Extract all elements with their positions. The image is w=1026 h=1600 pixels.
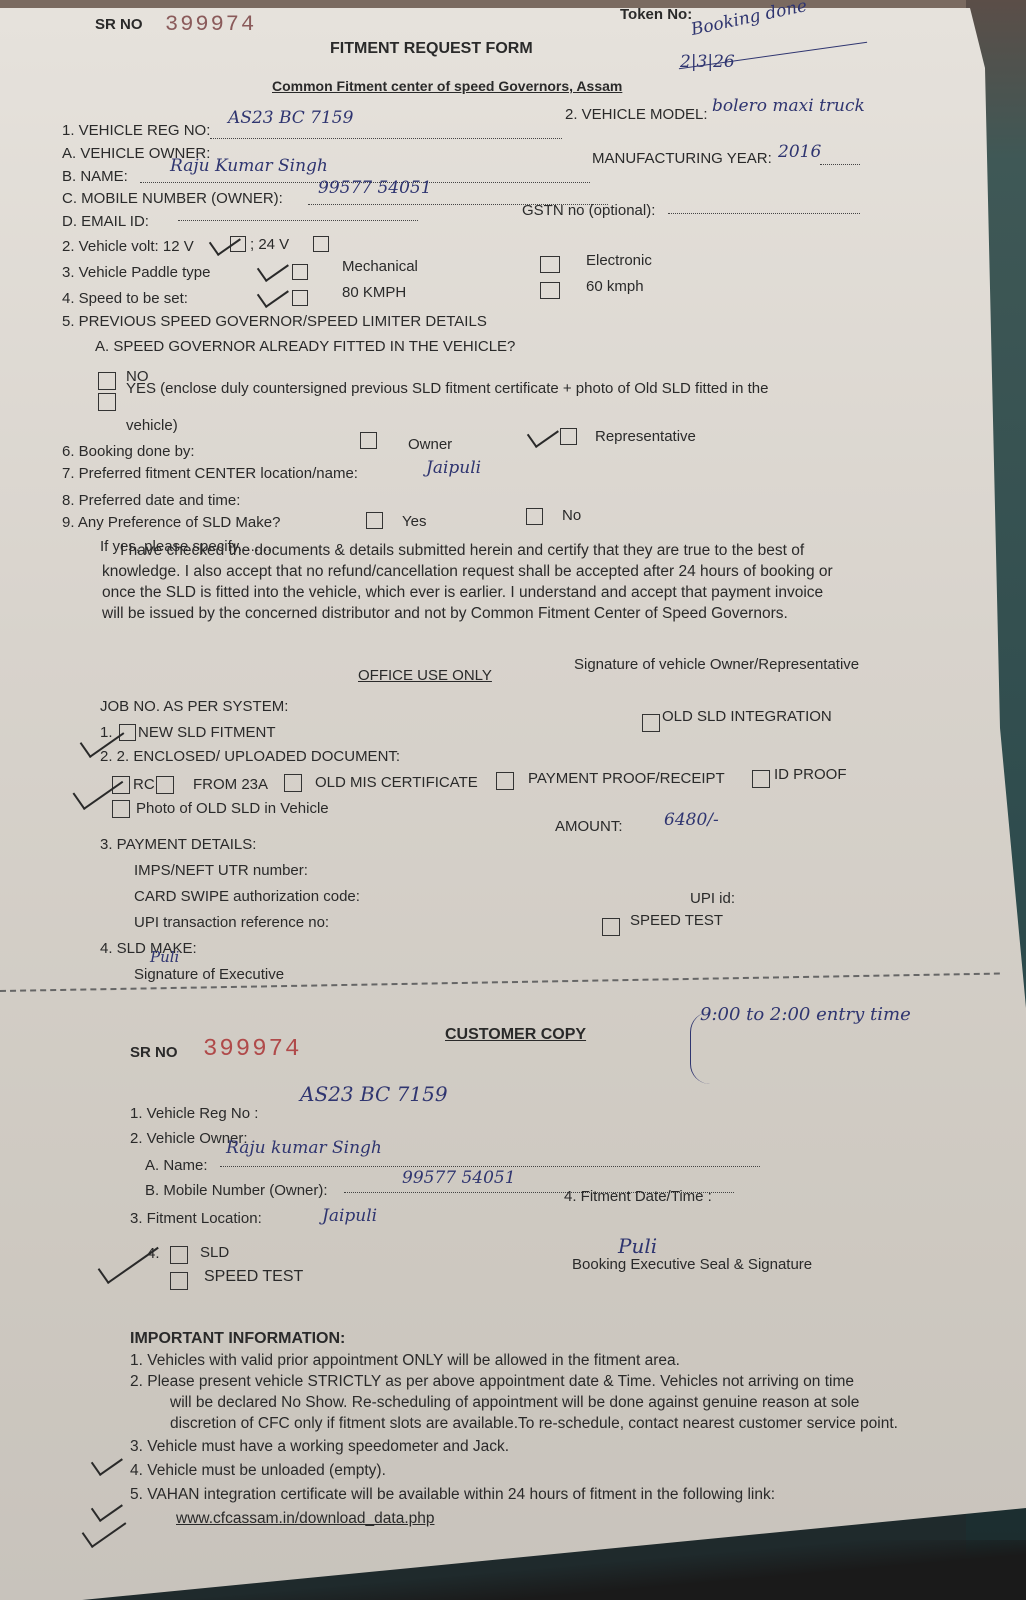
executive-signature-label: Signature of Executive [134,966,284,983]
prev-yes-label-cont: vehicle) [126,417,178,434]
sr-label: SR NO [95,16,143,33]
download-link[interactable]: www.cfcassam.in/download_data.php [176,1508,976,1529]
speed-test-checkbox[interactable] [602,918,620,936]
volt-24-checkbox[interactable] [313,236,329,252]
documents-label: 2. 2. ENCLOSED/ UPLOADED DOCUMENT: [100,748,400,765]
make-label: 9. Any Preference of SLD Make? [62,514,280,531]
doc-photo-checkbox[interactable] [112,800,130,818]
customer-sr-number: 399974 [203,1036,301,1063]
important-item-5: 5. VAHAN integration certificate will be… [130,1484,1010,1505]
speed-60-checkbox[interactable] [540,282,560,299]
customer-name-value[interactable]: Raju kumar Singh [226,1138,382,1158]
prev-governor-label: 5. PREVIOUS SPEED GOVERNOR/SPEED LIMITER… [62,313,487,330]
doc-payment-checkbox[interactable] [496,772,514,790]
speed-label: 4. Speed to be set: [62,290,188,307]
declaration-line-4: will be issued by the concerned distribu… [102,603,902,624]
mfg-label: MANUFACTURING YEAR: [592,150,772,167]
mobile-value[interactable]: 99577 54051 [318,178,432,198]
declaration-line-3: once the SLD is fitted into the vehicle,… [102,582,902,603]
customer-mobile-value[interactable]: 99577 54051 [402,1168,516,1188]
owner-signature-label: Signature of vehicle Owner/Representativ… [574,656,859,673]
declaration-line-1: I have checked the documents & details s… [120,540,920,561]
booking-label: 6. Booking done by: [62,443,195,460]
customer-reg-label: 1. Vehicle Reg No : [130,1105,258,1122]
center-value[interactable]: Jaipuli [426,458,481,478]
make-no-label: No [562,507,581,524]
name-value[interactable]: Raju Kumar Singh [170,156,328,176]
make-yes-checkbox[interactable] [366,512,383,529]
prev-yes-checkbox[interactable] [98,393,116,411]
form-subtitle: Common Fitment center of speed Governors… [272,78,622,94]
fitment-date-label: 4. Fitment Date/Time : [564,1188,712,1205]
speed-80-checkbox[interactable] [292,290,308,306]
booking-owner-checkbox[interactable] [360,432,377,449]
customer-location-value[interactable]: Jaipuli [322,1206,377,1226]
customer-reg-value[interactable]: AS23 BC 7159 [300,1082,448,1106]
sr-number: 399974 [165,12,256,37]
entry-time-note: 9:00 to 2:00 entry time [700,1004,911,1025]
volt-label: 2. Vehicle volt: 12 V [62,238,194,255]
doc-payment-label: PAYMENT PROOF/RECEIPT [528,770,725,787]
important-item-1: 1. Vehicles with valid prior appointment… [130,1350,1010,1371]
paddle-label: 3. Vehicle Paddle type [62,264,210,281]
important-item-3: 3. Vehicle must have a working speedomet… [130,1436,930,1457]
customer-copy-title: CUSTOMER COPY [445,1026,586,1044]
important-title: IMPORTANT INFORMATION: [130,1330,345,1348]
customer-location-label: 3. Fitment Location: [130,1210,262,1227]
reg-label: 1. VEHICLE REG NO: [62,122,210,139]
mfg-value[interactable]: 2016 [778,142,821,162]
customer-name-label: A. Name: [145,1157,208,1174]
booking-executive-signature: Puli [618,1234,657,1258]
doc-id-checkbox[interactable] [752,770,770,788]
doc-mis-checkbox[interactable] [284,774,302,792]
speed-test-label: SPEED TEST [630,912,723,929]
upi-id-label: UPI id: [690,890,735,907]
paddle-mechanical-checkbox[interactable] [292,264,308,280]
customer-sr-label: SR NO [130,1044,178,1061]
job-no-label: JOB NO. AS PER SYSTEM: [100,698,288,715]
mfg-line [820,164,860,165]
paddle-mechanical-label: Mechanical [342,258,418,275]
token-label: Token No: [620,6,692,23]
date-label: 8. Preferred date and time: [62,492,240,509]
imps-label: IMPS/NEFT UTR number: [134,862,308,879]
executive-signature: Puli [150,948,179,966]
prev-no-checkbox[interactable] [98,372,116,390]
token-date: 2|3|26 [680,52,735,72]
prev-yes-label: YES (enclose duly countersigned previous… [126,380,768,397]
old-sld-label: OLD SLD INTEGRATION [662,708,832,725]
amount-value[interactable]: 6480/- [664,810,719,830]
declaration-line-2: knowledge. I also accept that no refund/… [102,561,902,582]
email-label: D. EMAIL ID: [62,213,149,230]
customer-sld-label: SLD [200,1244,229,1261]
booking-executive-seal-label: Booking Executive Seal & Signature [572,1256,812,1273]
sld-make-label: 4. SLD MAKE: [100,940,197,957]
upi-ref-label: UPI transaction reference no: [134,914,329,931]
gstn-field[interactable] [668,213,860,214]
volt-24-label: ; 24 V [250,236,289,253]
name-label: B. NAME: [62,168,128,185]
doc-23a-checkbox[interactable] [156,776,174,794]
customer-sld-checkbox[interactable] [170,1246,188,1264]
doc-mis-label: OLD MIS CERTIFICATE [315,774,478,791]
paddle-electronic-checkbox[interactable] [540,256,560,273]
card-swipe-label: CARD SWIPE authorization code: [134,888,360,905]
gstn-label: GSTN no (optional): [522,202,655,219]
prev-governor-question: A. SPEED GOVERNOR ALREADY FITTED IN THE … [95,338,515,355]
important-item-2b: will be declared No Show. Re-scheduling … [170,1392,1010,1413]
paddle-electronic-label: Electronic [586,252,652,269]
center-label: 7. Preferred fitment CENTER location/nam… [62,465,358,482]
reg-line [210,138,562,139]
make-yes-label: Yes [402,513,426,530]
customer-mobile-label: B. Mobile Number (Owner): [145,1182,328,1199]
new-sld-label: NEW SLD FITMENT [138,724,276,741]
model-value[interactable]: bolero maxi truck [712,96,865,116]
make-no-checkbox[interactable] [526,508,543,525]
booking-rep-label: Representative [595,428,696,445]
payment-details-label: 3. PAYMENT DETAILS: [100,836,256,853]
booking-owner-label: Owner [408,436,452,453]
old-sld-checkbox[interactable] [642,714,660,732]
mobile-label: C. MOBILE NUMBER (OWNER): [62,190,283,207]
office-use-title: OFFICE USE ONLY [358,667,492,684]
reg-value[interactable]: AS23 BC 7159 [228,108,353,128]
booking-rep-checkbox[interactable] [560,428,577,445]
customer-name-line [220,1166,760,1167]
doc-23a-label: FROM 23A [193,776,268,793]
important-item-2: 2. Please present vehicle STRICTLY as pe… [130,1371,1010,1392]
customer-speed-test-label: SPEED TEST [204,1268,303,1286]
amount-label: AMOUNT: [555,818,623,835]
model-label: 2. VEHICLE MODEL: [565,106,708,123]
speed-80-label: 80 KMPH [342,284,406,301]
customer-speed-test-checkbox[interactable] [170,1272,188,1290]
doc-id-label: ID PROOF [774,766,847,783]
doc-rc-label: RC [133,776,155,793]
doc-photo-label: Photo of OLD SLD in Vehicle [136,800,329,817]
important-item-2c: discretion of CFC only if fitment slots … [170,1413,1010,1434]
speed-60-label: 60 kmph [586,278,644,295]
email-field[interactable] [178,220,418,221]
bottom-shadow [0,1540,1026,1600]
form-title: FITMENT REQUEST FORM [330,40,533,58]
important-item-4: 4. Vehicle must be unloaded (empty). [130,1460,930,1481]
bracket-mark [690,1012,711,1084]
